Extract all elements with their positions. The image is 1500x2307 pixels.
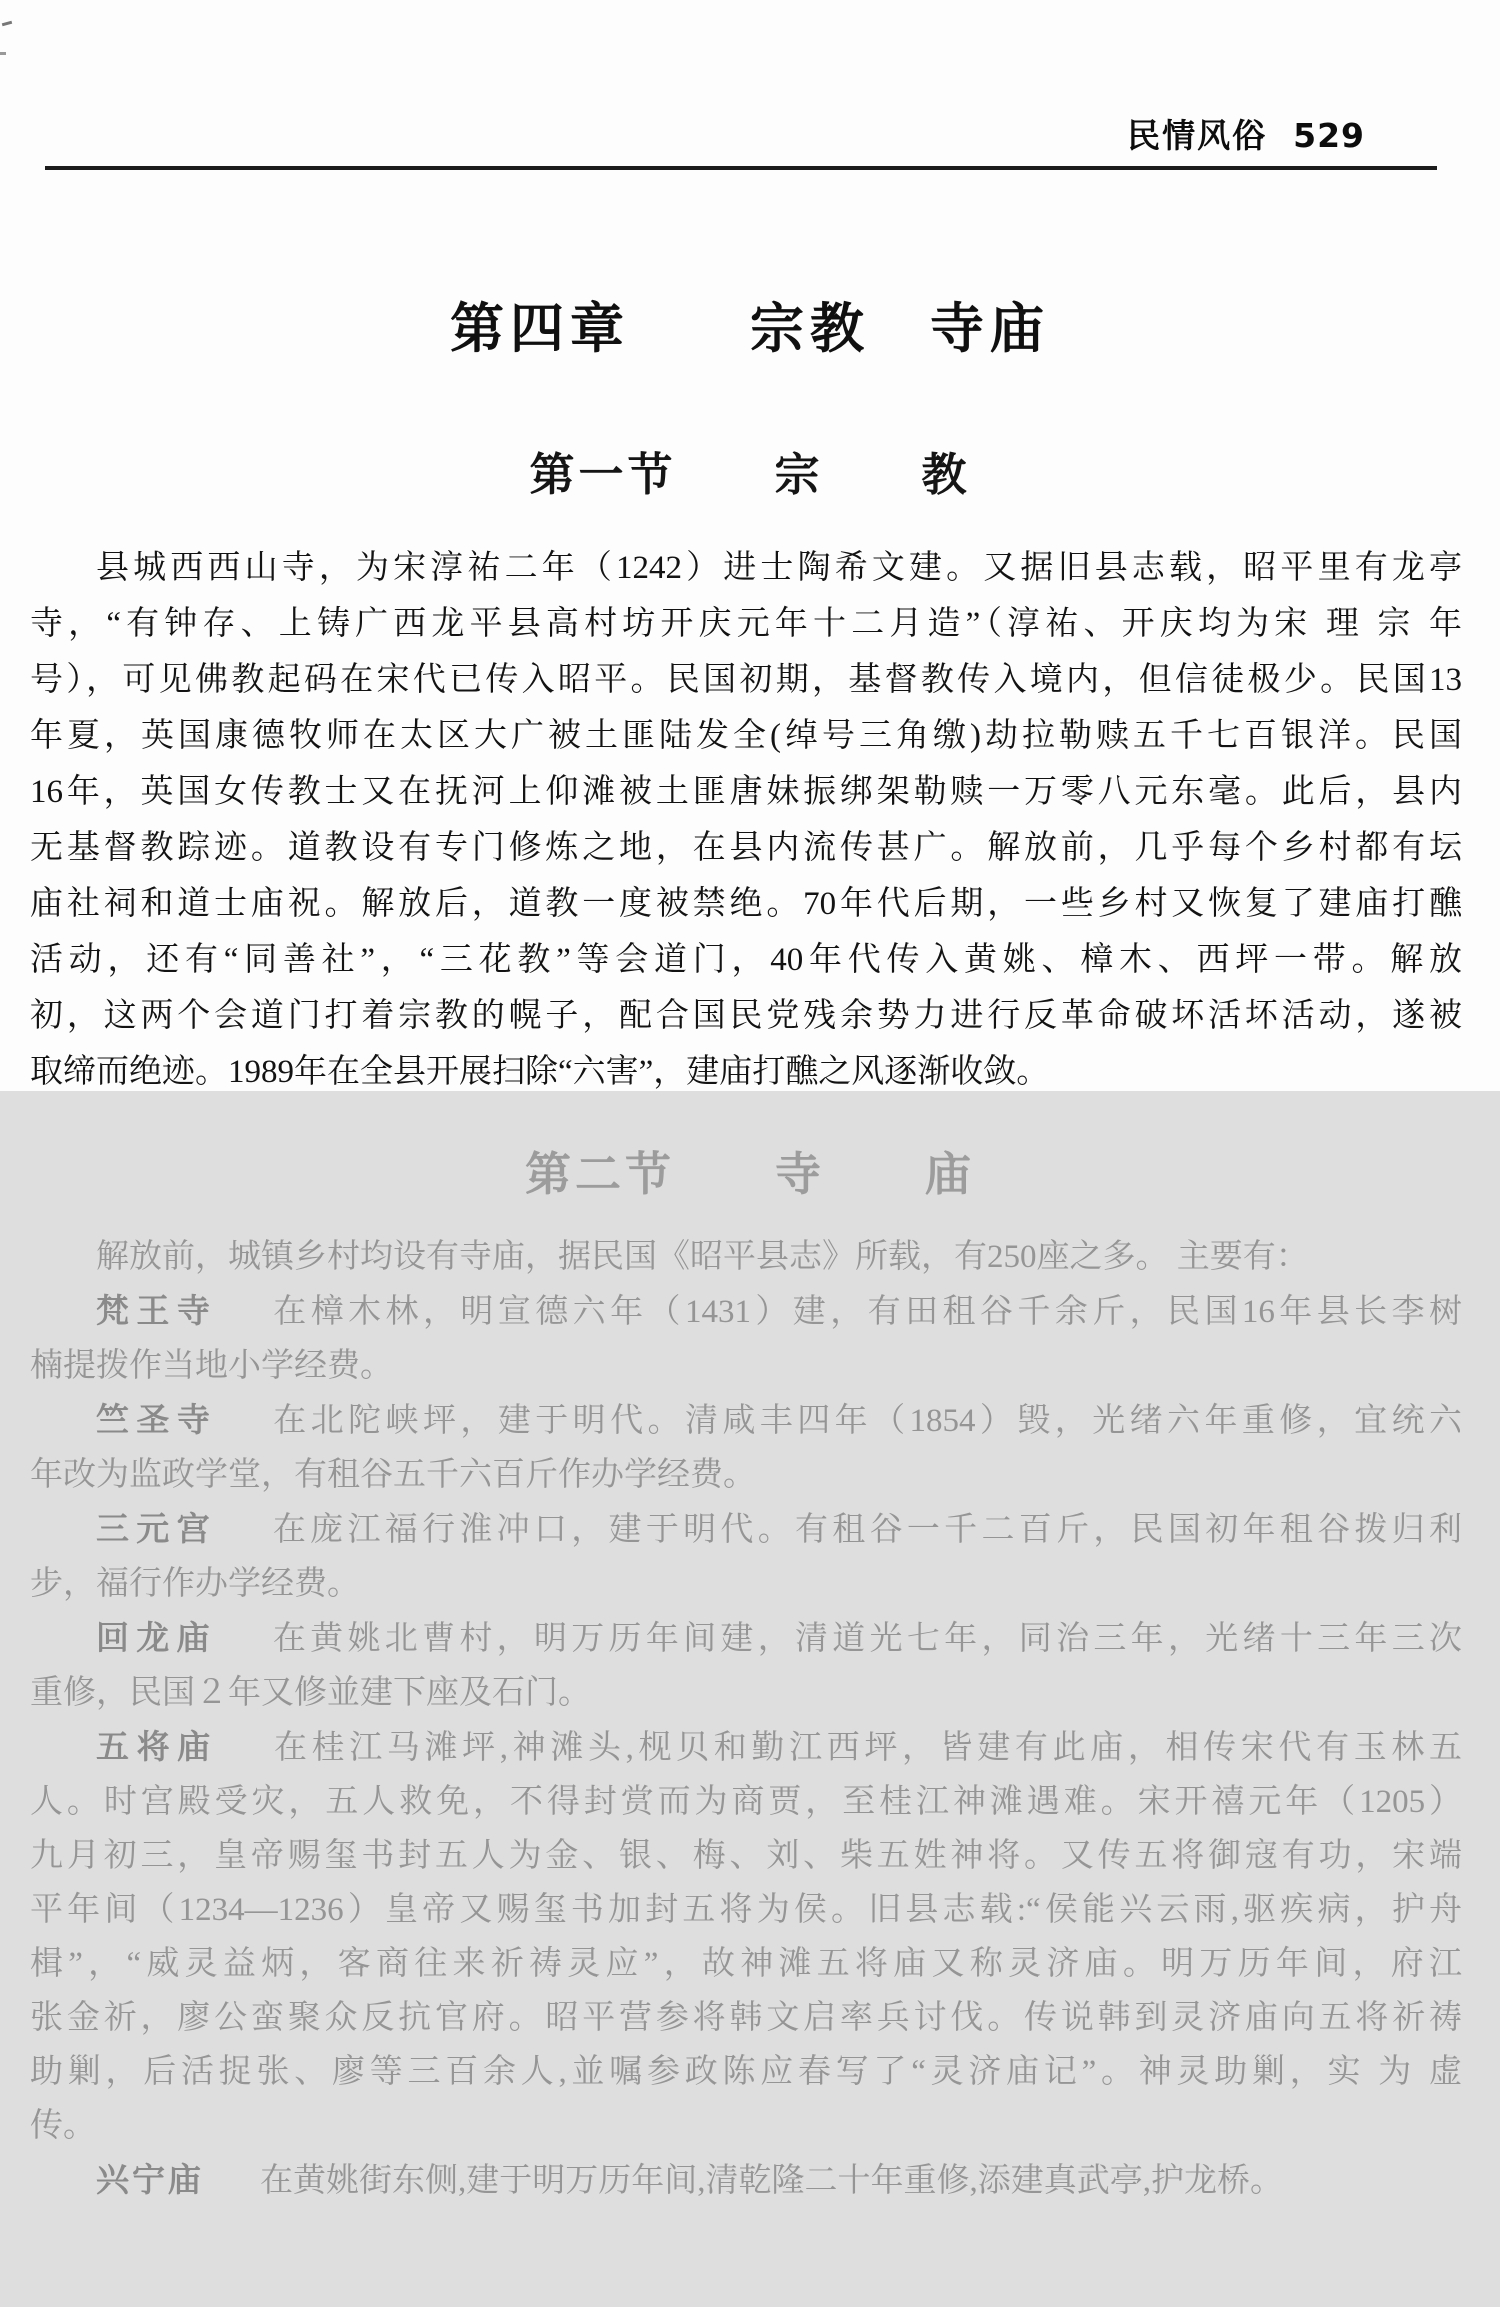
text-line: 兴宁庙在黄姚街东侧,建于明万历年间,清乾隆二十年重修,添建真武亭,护龙桥。 [30, 2153, 1462, 2208]
text-line: 年夏，英国康德牧师在太区大广被土匪陆发全(绰号三角缴)劫拉勒赎五千七百银洋。民国 [30, 708, 1462, 764]
text-line: 取缔而绝迹。1989年在全县开展扫除“六害”，建庙打醮之风逐渐收敛。 [30, 1044, 1462, 1100]
text-line: 庙社祠和道士庙祝。解放后，道教一度被禁绝。70年代后期，一些乡村又恢复了建庙打醮 [30, 876, 1462, 932]
temple-name: 三元宫 [96, 1510, 217, 1547]
text-line: 初，这两个会道门打着宗教的幌子，配合国民党残余势力进行反革命破坏活坏活动，遂被 [30, 988, 1462, 1044]
text-line: 传。 [30, 2099, 1462, 2153]
text-line: 回龙庙在黄姚北曹村，明万历年间建，清道光七年，同治三年，光绪十三年三次 [30, 1611, 1462, 1666]
text-line: 平年间（1234—1236）皇帝又赐玺书加封五将为侯。旧县志载:“侯能兴云雨,驱… [30, 1883, 1462, 1937]
text-line: 三元宫在庞江福行淮冲口，建于明代。有租谷一千二百斤，民国初年租谷拨归利 [30, 1502, 1462, 1557]
running-header-title: 民情风俗 [1127, 117, 1267, 154]
temple-name: 兴宁庙 [96, 2161, 204, 2198]
temple-name: 五将庙 [96, 1728, 218, 1765]
section2-title: 第二节 寺 庙 [0, 1138, 1500, 1204]
chapter-title: 第四章 宗教 寺庙 [0, 286, 1500, 363]
text-line: 寺，“有钟存、上铸广西龙平县高村坊开庆元年十二月造”（淳祐、开庆均为宋 理 宗 … [30, 596, 1462, 652]
text-line: 人。时宫殿受灾，五人救免，不得封赏而为商贾，至桂江神滩遇难。宋开禧元年（1205… [30, 1775, 1462, 1829]
text-line: 竺圣寺在北陀峡坪，建于明代。清咸丰四年（1854）毁，光绪六年重修，宜统六 [30, 1393, 1462, 1448]
text-line: 楫”，“威灵益炳，客商往来祈祷灵应”，故神滩五将庙又称灵济庙。明万历年间，府江 [30, 1937, 1462, 1991]
text-line: 步，福行作办学经费。 [30, 1557, 1462, 1611]
text-line: 16年，英国女传教士又在抚河上仰滩被土匪唐妹振绑架勒赎一万零八元东毫。此后，县内 [30, 764, 1462, 820]
text-line: 活动，还有“同善社”，“三花教”等会道门，40年代传入黄姚、樟木、西坪一带。解放 [30, 932, 1462, 988]
text-line: 五将庙在桂江马滩坪,神滩头,枧贝和勤江西坪，皆建有此庙，相传宋代有玉林五 [30, 1720, 1462, 1775]
text-line: 年改为监政学堂，有租谷五千六百斤作办学经费。 [30, 1448, 1462, 1502]
scan-artifact [0, 52, 6, 55]
section1-paragraph: 县城西西山寺，为宋淳祐二年（1242）进士陶希文建。又据旧县志载，昭平里有龙亭寺… [30, 540, 1462, 1100]
text-line: 助剿，后活捉张、廖等三百余人,並嘱参政陈应春写了“灵济庙记”。神灵助剿，实 为 … [30, 2045, 1462, 2099]
text-line: 楠提拨作当地小学经费。 [30, 1339, 1462, 1393]
running-header: 民情风俗529 [1127, 110, 1365, 157]
scan-artifact [2, 21, 12, 26]
text-line: 张金祈，廖公蛮聚众反抗官府。昭平营参将韩文启率兵讨伐。传说韩到灵济庙向五将祈祷 [30, 1991, 1462, 2045]
temple-name: 梵王寺 [96, 1292, 217, 1329]
text-line: 号），可见佛教起码在宋代已传入昭平。民国初期，基督教传入境内，但信徒极少。民国1… [30, 652, 1462, 708]
scanned-book-page: 民情风俗529 第四章 宗教 寺庙 第一节 宗 教 县城西西山寺，为宋淳祐二年（… [0, 0, 1500, 2307]
section1-title: 第一节 宗 教 [0, 438, 1500, 503]
temple-name: 回龙庙 [96, 1619, 217, 1656]
text-line: 无基督教踪迹。道教设有专门修炼之地，在县内流传甚广。解放前，几乎每个乡村都有坛 [30, 820, 1462, 876]
text-line: 解放前，城镇乡村均设有寺庙，据民国《昭平县志》所载，有250座之多。 主要有： [30, 1230, 1462, 1284]
text-line: 县城西西山寺，为宋淳祐二年（1242）进士陶希文建。又据旧县志载，昭平里有龙亭 [30, 540, 1462, 596]
temple-name: 竺圣寺 [96, 1401, 217, 1438]
page-number: 529 [1293, 116, 1365, 155]
section2-paragraphs: 解放前，城镇乡村均设有寺庙，据民国《昭平县志》所载，有250座之多。 主要有：梵… [30, 1230, 1462, 2208]
text-line: 九月初三，皇帝赐玺书封五人为金、银、梅、刘、柴五姓神将。又传五将御寇有功，宋端 [30, 1829, 1462, 1883]
text-line: 梵王寺在樟木林，明宣德六年（1431）建，有田租谷千余斤，民国16年县长李树 [30, 1284, 1462, 1339]
text-line: 重修，民国２年又修並建下座及石门。 [30, 1666, 1462, 1720]
header-rule [45, 166, 1437, 170]
